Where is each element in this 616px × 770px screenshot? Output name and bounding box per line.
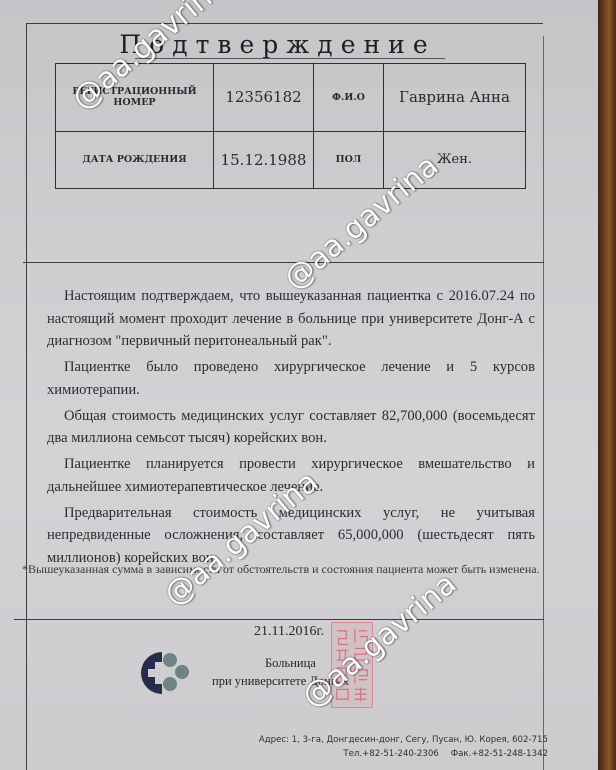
address-line: Адрес: 1, 3-га, Донгдесин-донг, Сегу, Пу… [259,734,548,748]
document-title: Подтверждение [0,30,555,59]
document-body: Настоящим подтверждаем, что вышеуказанна… [47,285,535,573]
fax-number: Фак.+82-51-248-1342 [451,749,548,759]
frame-top [27,23,543,24]
frame-divider-1 [23,262,544,263]
paragraph: Общая стоимость медицинских услуг состав… [47,405,535,450]
name-value: Гаврина Анна [384,64,526,132]
birth-date-value: 15.12.1988 [214,131,314,188]
sex-label: ПОЛ [314,131,384,188]
signature-date: 21.11.2016г. [254,624,324,640]
phone-number: Тел.+82-51-240-2306 [343,749,438,759]
footnote: *Вышеуказанная сумма в зависимости от об… [22,558,542,580]
contact-line: Тел.+82-51-240-2306Фак.+82-51-248-1342 [259,748,548,762]
wooden-table-background [598,0,616,770]
table-row: ДАТА РОЖДЕНИЯ 15.12.1988 ПОЛ Жен. [56,131,526,188]
reg-number-value: 12356182 [214,64,314,132]
birth-date-label: ДАТА РОЖДЕНИЯ [56,131,214,188]
hospital-logo-icon [138,650,190,696]
paragraph: Настоящим подтверждаем, что вышеуказанна… [47,285,535,353]
signature-org-line1: Больница [265,656,316,671]
paragraph: Пациентке было проведено хирургическое л… [47,356,535,401]
name-label: Ф.И.О [314,64,384,132]
frame-divider-2 [14,619,544,620]
title-underline [135,58,445,59]
frame-right [543,36,544,770]
hospital-address: Адрес: 1, 3-га, Донгдесин-донг, Сегу, Пу… [259,734,548,761]
frame-left [26,23,27,770]
